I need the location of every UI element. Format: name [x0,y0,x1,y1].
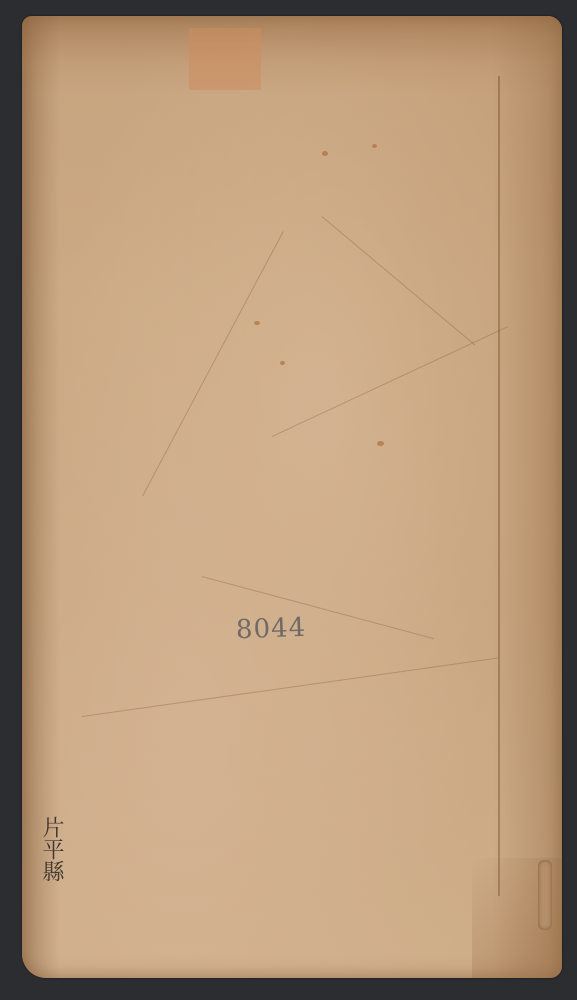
stain [254,321,260,325]
crease [142,231,284,496]
handwritten-spine-label: 片平縣 [46,816,70,882]
handwritten-catalog-number: 8044 [235,613,306,645]
stain [280,361,285,365]
worn-top-band [22,16,562,94]
paper-patch [189,28,261,90]
stain [322,151,328,156]
crease [82,658,498,717]
right-edge-shadow [492,16,562,978]
book-cover: 8044 片平縣 [22,16,562,978]
frayed-binding-thread [538,860,552,930]
spine-fold-line [498,76,500,896]
stain [377,441,384,446]
stain [372,144,377,148]
crease [321,216,475,345]
